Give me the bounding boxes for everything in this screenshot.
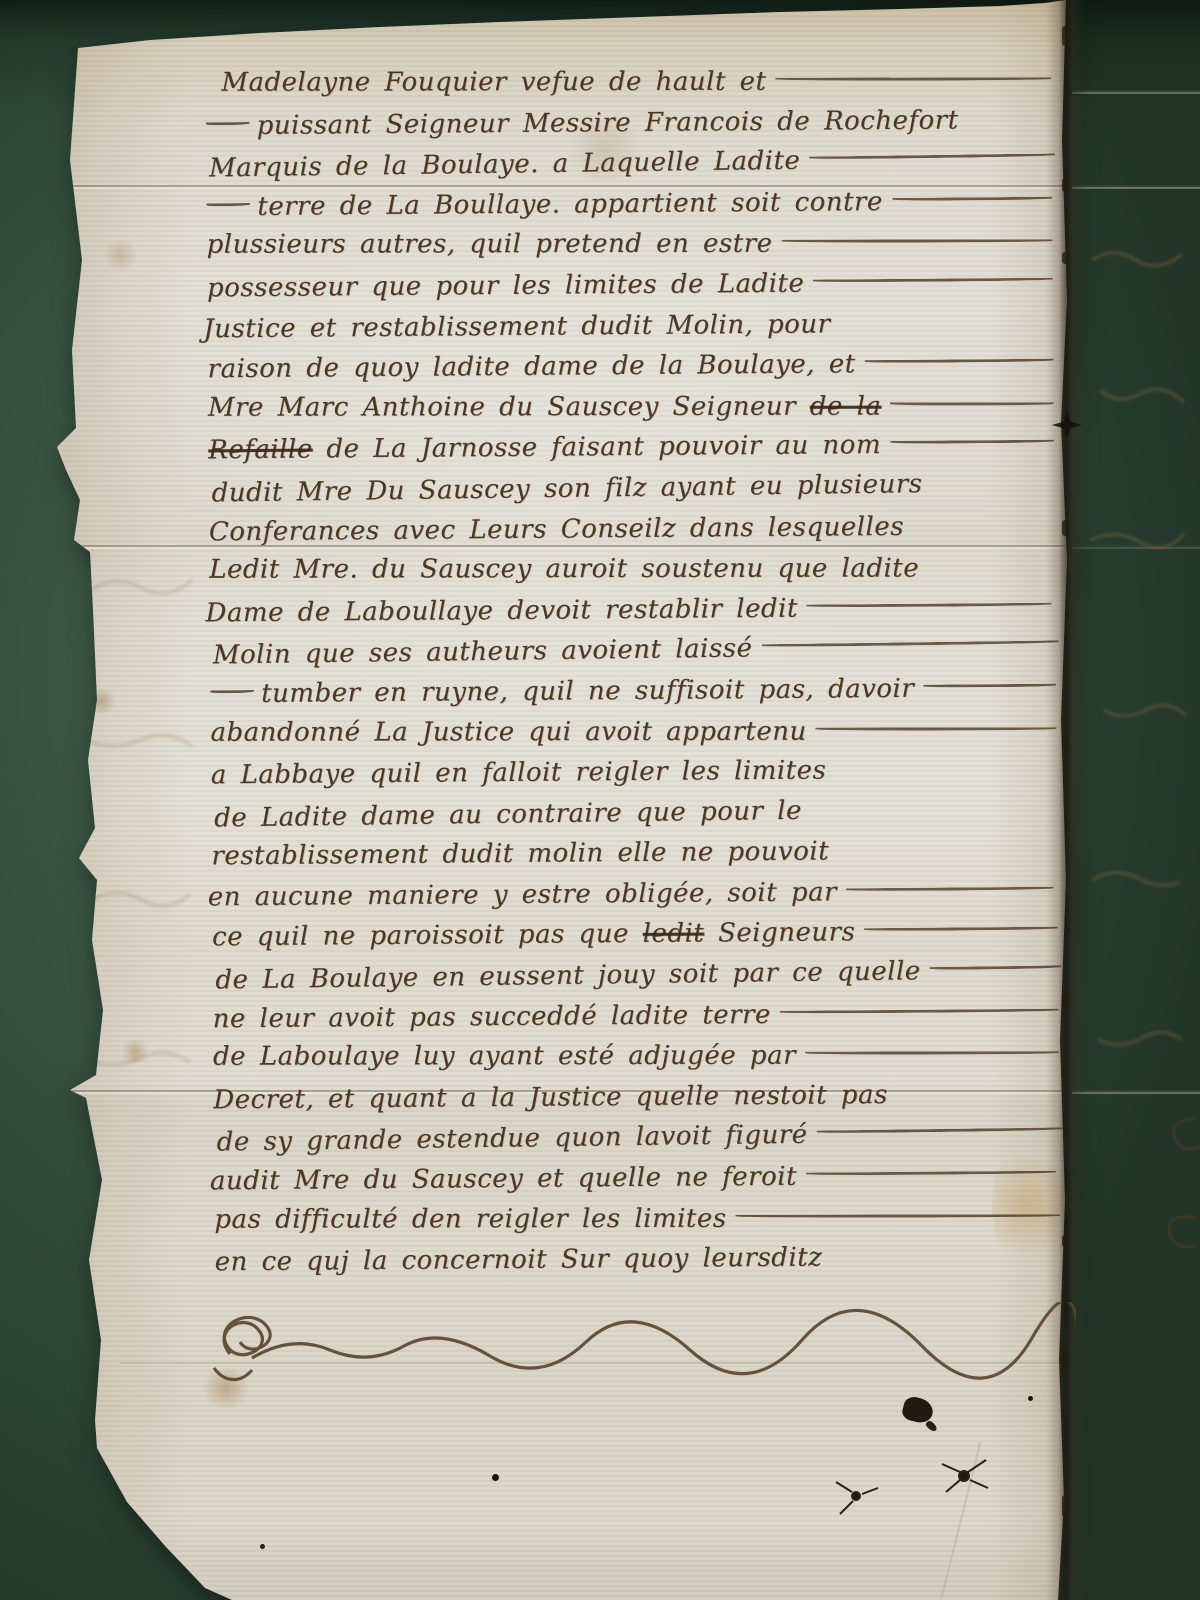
worm-hole — [1052, 412, 1082, 438]
struck-text: ledit — [643, 914, 705, 955]
handwritten-text: Ledit Mre. du Sauscey auroit soustenu qu… — [209, 549, 919, 591]
line-filler-stroke — [805, 1051, 1059, 1054]
line-filler-stroke — [813, 278, 1053, 283]
handwritten-text: de sy grande estendue quon lavoit figuré — [216, 1115, 807, 1163]
line-filler-stroke — [865, 359, 1054, 363]
worm-hole — [820, 1468, 890, 1528]
manuscript-line: Mre Marc Anthoine du Sauscey Seigneur de… — [208, 386, 1054, 428]
handwritten-text: plussieurs autres, quil pretend en estre — [207, 224, 773, 266]
handwritten-text: en ce quj la concernoit Sur quoy leursdi… — [214, 1238, 822, 1283]
line-filler-stroke — [782, 240, 1053, 243]
line-filler-stroke — [923, 684, 1056, 688]
line-filler-stroke — [809, 154, 1055, 160]
manuscript-line: plussieurs autres, quil pretend en estre — [207, 224, 1053, 266]
stitch-mark — [1062, 26, 1069, 46]
stain — [100, 240, 140, 270]
handwritten-text: Molin que ses autheurs avoient laissé — [213, 629, 753, 677]
line-filler-stroke — [816, 727, 1057, 730]
stitch-mark — [1062, 252, 1069, 264]
stitch-mark — [1062, 735, 1069, 748]
line-filler-stroke — [761, 641, 1058, 648]
handwritten-text: ne leur avoit pas succeddé ladite terre — [213, 995, 771, 1040]
manuscript-line: tumber en ruyne, quil ne suffisoit pas, … — [210, 668, 1056, 715]
handwritten-text: de Laboulaye luy ayant esté adjugée par — [213, 1036, 796, 1078]
handwritten-text: restablissement dudit molin elle ne pouv… — [211, 832, 829, 877]
handwritten-text: Justice et restablissement dudit Molin, … — [203, 304, 831, 350]
handwritten-text: en aucune maniere y estre obligée, soit … — [208, 872, 838, 918]
manuscript-line: Madelayne Fouquier vefue de hault et — [205, 61, 1051, 103]
handwritten-text: Decret, et quant a la Justice quelle nes… — [213, 1075, 888, 1121]
handwritten-text: Mre Marc Anthoine du Sauscey Seigneur — [208, 386, 810, 428]
handwritten-text: raison de quoy ladite dame de la Boulaye… — [207, 344, 855, 390]
manuscript-line: en aucune maniere y estre obligée, soit … — [208, 871, 1054, 918]
line-filler-stroke — [206, 122, 250, 125]
line-filler-stroke — [930, 965, 1062, 970]
manuscript-line: possesseur que pour les limites de Ladit… — [207, 262, 1053, 309]
handwritten-text: tumber en ruyne, quil ne suffisoit pas, … — [261, 669, 914, 715]
struck-text: de la — [810, 386, 882, 427]
handwritten-text: a Labbaye quil en falloit reigler les li… — [211, 751, 827, 796]
handwritten-text: Seigneurs — [704, 913, 855, 955]
manuscript-line: Justice et restablissement dudit Molin, … — [203, 302, 1049, 349]
manuscript-text: Madelayne Fouquier vefue de hault etpuis… — [205, 59, 1061, 1283]
line-filler-stroke — [846, 887, 1054, 892]
stitch-mark — [1062, 520, 1069, 536]
manuscript-line: abandonné La Justice qui avoit appartenu — [210, 711, 1056, 753]
handwritten-text: de Ladite dame au contraire que pour le — [214, 790, 802, 838]
manuscript-photo: Madelayne Fouquier vefue de hault etpuis… — [0, 0, 1200, 1600]
handwritten-text: Conferances avec Leurs Conseilz dans les… — [209, 506, 904, 552]
line-filler-stroke — [806, 1171, 1056, 1176]
line-filler-stroke — [736, 1214, 1061, 1218]
line-filler-stroke — [892, 196, 1053, 200]
handwritten-text: possesseur que pour les limites de Ladit… — [207, 264, 805, 309]
manuscript-line: de Laboulaye luy ayant esté adjugée par — [213, 1035, 1059, 1077]
handwritten-text: de La Jarnosse faisant pouvoir au nom — [313, 425, 882, 470]
manuscript-line: terre de La Boullaye. appartient soit co… — [206, 180, 1052, 227]
manuscript-line: pas difficulté den reigler les limites — [214, 1198, 1060, 1240]
handwritten-text: pas difficulté den reigler les limites — [214, 1198, 726, 1239]
handwritten-text: Marquis de la Boulaye. a Laquelle Ladite — [209, 141, 801, 189]
stitch-mark — [1062, 178, 1069, 192]
line-filler-stroke — [890, 402, 1054, 405]
handwritten-text: Dame de Laboullaye devoit restablir ledi… — [205, 588, 798, 633]
stitch-mark — [1062, 1235, 1069, 1247]
line-filler-stroke — [210, 690, 254, 693]
ink-bleedthrough — [70, 560, 200, 1180]
line-filler-stroke — [807, 602, 1052, 607]
handwritten-text: audit Mre du Sauscey et quelle ne feroit — [210, 1157, 797, 1202]
worm-hole — [930, 1442, 1020, 1512]
handwritten-text: abandonné La Justice qui avoit appartenu — [210, 711, 806, 753]
line-filler-stroke — [864, 927, 1058, 932]
stitch-mark — [1062, 1495, 1069, 1517]
manuscript-line: audit Mre du Sauscey et quelle ne feroit — [210, 1155, 1056, 1202]
line-filler-stroke — [775, 77, 1051, 80]
handwritten-text: terre de La Boullaye. appartient soit co… — [257, 182, 883, 228]
line-filler-stroke — [890, 440, 1054, 444]
manuscript-line: Ledit Mre. du Sauscey auroit soustenu qu… — [209, 548, 1055, 590]
line-filler-stroke — [206, 203, 250, 206]
line-filler-stroke — [780, 1008, 1059, 1013]
manuscript-line: raison de quoy ladite dame de la Boulaye… — [207, 343, 1053, 390]
paraph-flourish — [196, 1302, 1076, 1402]
ink-dot — [492, 1474, 499, 1481]
line-filler-stroke — [817, 1128, 1063, 1134]
struck-text: Refaille — [208, 430, 313, 471]
handwritten-text: Madelayne Fouquier vefue de hault et — [221, 62, 766, 104]
handwritten-text: ce quil ne paroissoit pas que — [212, 914, 643, 958]
stitch-mark — [1062, 992, 1069, 1007]
manuscript-line: en ce quj la concernoit Sur quoy leursdi… — [214, 1236, 1060, 1283]
ink-dot — [260, 1544, 265, 1549]
